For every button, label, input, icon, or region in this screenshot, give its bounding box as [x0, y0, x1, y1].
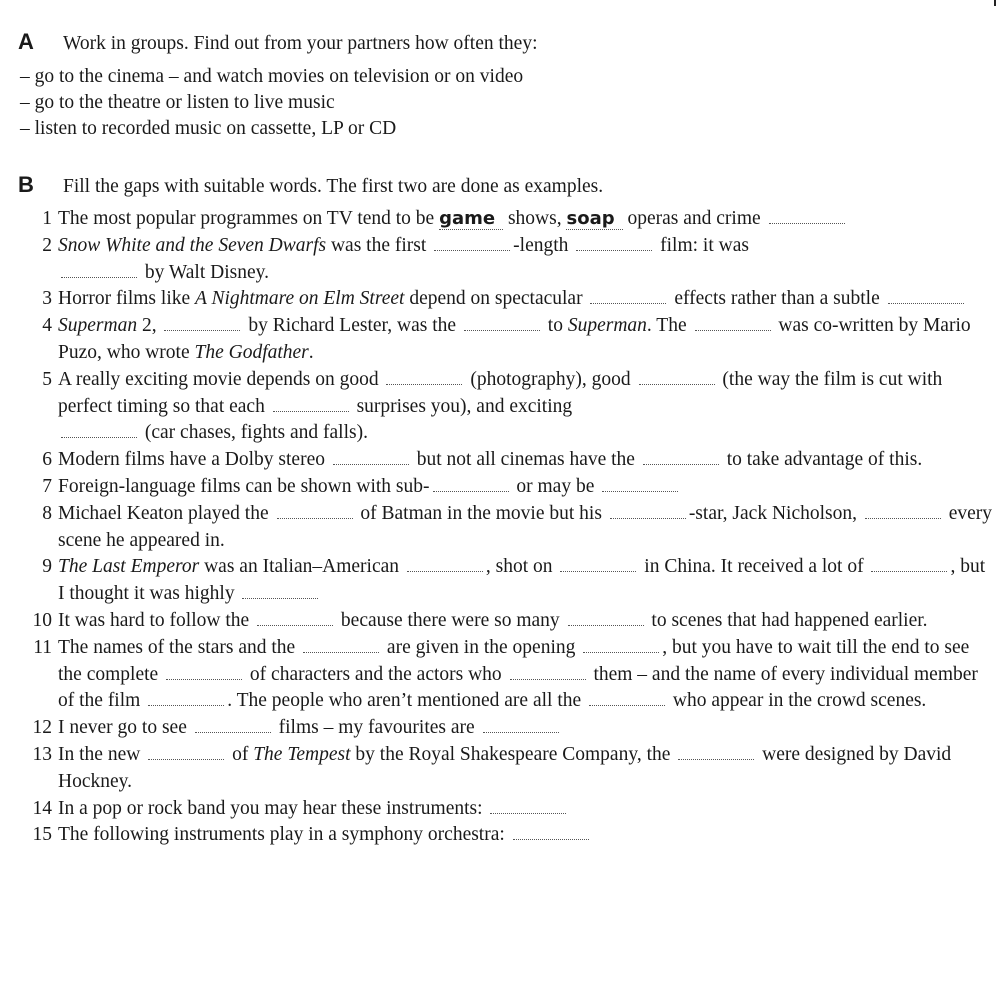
bullet-item: – go to the cinema – and watch movies on… — [18, 64, 988, 90]
item-text: to take advantage of this. — [727, 449, 922, 470]
blank-gap[interactable] — [434, 249, 510, 251]
item-text: -star, Jack Nicholson, — [689, 503, 857, 524]
blank-gap[interactable] — [610, 517, 686, 519]
item-text: effects rather than a subtle — [674, 288, 879, 309]
blank-gap[interactable] — [61, 436, 137, 438]
blank-gap[interactable] — [602, 490, 678, 492]
handwritten-answer-game: game — [439, 208, 503, 230]
item-text: It was hard to follow the — [58, 610, 249, 631]
item-number: 6 — [18, 447, 58, 474]
item-text: was the first — [331, 235, 426, 256]
worksheet-page: A Work in groups. Find out from your par… — [0, 0, 1000, 1002]
blank-gap[interactable] — [513, 838, 589, 840]
section-a-letter: A — [18, 29, 63, 55]
item-text: In a pop or rock band you may hear these… — [58, 798, 483, 819]
exercise-list: 1 The most popular programmes on TV tend… — [18, 206, 993, 849]
blank-gap[interactable] — [164, 329, 240, 331]
item-text: by Walt Disney. — [145, 262, 269, 283]
item-text: who appear in the crowd scenes. — [673, 690, 926, 711]
item-text: I never go to see — [58, 717, 187, 738]
blank-gap[interactable] — [560, 570, 636, 572]
item-text: Horror films like — [58, 288, 190, 309]
exercise-item-12: 12 I never go to see films – my favourit… — [18, 715, 993, 742]
item-text: films – my favourites are — [279, 717, 475, 738]
item-text: Michael Keaton played the — [58, 503, 269, 524]
item-text: A really exciting movie depends on good — [58, 369, 379, 390]
bullet-item: – go to the theatre or listen to live mu… — [18, 90, 988, 116]
blank-gap[interactable] — [510, 678, 586, 680]
item-text: 2, — [142, 315, 157, 336]
exercise-item-4: 4 Superman 2, by Richard Lester, was the… — [18, 313, 993, 367]
item-text: of — [232, 744, 248, 765]
item-text: , shot on — [486, 556, 553, 577]
section-a-bullets: – go to the cinema – and watch movies on… — [18, 64, 988, 142]
item-text: In the new — [58, 744, 140, 765]
blank-gap[interactable] — [148, 758, 224, 760]
item-number: 3 — [18, 286, 58, 313]
blank-gap[interactable] — [678, 758, 754, 760]
exercise-item-10: 10 It was hard to follow the because the… — [18, 608, 993, 635]
exercise-item-8: 8 Michael Keaton played the of Batman in… — [18, 501, 993, 555]
blank-gap[interactable] — [583, 651, 659, 653]
item-text: -length — [513, 235, 568, 256]
blank-gap[interactable] — [433, 490, 509, 492]
section-b-letter: B — [18, 172, 63, 198]
section-a-instruction: Work in groups. Find out from your partn… — [63, 31, 537, 57]
item-text: . The people who aren’t mentioned are al… — [227, 690, 581, 711]
blank-gap[interactable] — [277, 517, 353, 519]
item-text: The Godfather — [194, 342, 308, 363]
item-number: 1 — [18, 206, 58, 233]
item-text: depend on spectacular — [409, 288, 582, 309]
item-text: (photography), good — [470, 369, 630, 390]
blank-gap[interactable] — [242, 597, 318, 599]
section-b: B Fill the gaps with suitable words. The… — [18, 172, 993, 849]
item-number: 15 — [18, 822, 58, 849]
item-number: 12 — [18, 715, 58, 742]
item-number: 8 — [18, 501, 58, 555]
page-corner-mark — [994, 0, 996, 6]
item-text: surprises you), and exciting — [357, 396, 573, 417]
item-number: 9 — [18, 554, 58, 608]
item-text: Superman — [568, 315, 647, 336]
exercise-item-6: 6 Modern films have a Dolby stereo but n… — [18, 447, 993, 474]
item-text: (car chases, fights and falls). — [145, 422, 368, 443]
item-text: The Last Emperor — [58, 556, 199, 577]
item-text: Superman — [58, 315, 137, 336]
item-number: 5 — [18, 367, 58, 447]
blank-gap[interactable] — [589, 704, 665, 706]
item-text: to scenes that had happened earlier. — [651, 610, 927, 631]
item-text: shows, — [508, 208, 562, 229]
item-text: or may be — [516, 476, 594, 497]
blank-gap[interactable] — [483, 731, 559, 733]
item-text: The most popular programmes on TV tend t… — [58, 208, 434, 229]
item-number: 11 — [18, 635, 58, 715]
exercise-item-14: 14 In a pop or rock band you may hear th… — [18, 796, 993, 823]
item-text: The Tempest — [253, 744, 350, 765]
item-text: Foreign-language films can be shown with… — [58, 476, 430, 497]
blank-gap[interactable] — [568, 624, 644, 626]
blank-gap[interactable] — [865, 517, 941, 519]
item-number: 4 — [18, 313, 58, 367]
blank-gap[interactable] — [195, 731, 271, 733]
blank-gap[interactable] — [148, 704, 224, 706]
section-a: A Work in groups. Find out from your par… — [18, 29, 988, 142]
blank-gap[interactable] — [871, 570, 947, 572]
exercise-item-7: 7 Foreign-language films can be shown wi… — [18, 474, 993, 501]
blank-gap[interactable] — [166, 678, 242, 680]
exercise-item-11: 11 The names of the stars and the are gi… — [18, 635, 993, 715]
item-number: 10 — [18, 608, 58, 635]
item-text: The names of the stars and the — [58, 637, 295, 658]
item-number: 14 — [18, 796, 58, 823]
section-b-instruction: Fill the gaps with suitable words. The f… — [63, 174, 603, 200]
blank-gap[interactable] — [643, 463, 719, 465]
blank-gap[interactable] — [257, 624, 333, 626]
item-text: was an Italian–American — [204, 556, 399, 577]
blank-gap[interactable] — [490, 812, 566, 814]
blank-gap[interactable] — [273, 410, 349, 412]
item-text: The following instruments play in a symp… — [58, 824, 505, 845]
blank-gap[interactable] — [303, 651, 379, 653]
item-number: 13 — [18, 742, 58, 796]
blank-gap[interactable] — [769, 222, 845, 224]
item-text: by Richard Lester, was the — [248, 315, 456, 336]
item-text: of characters and the actors who — [250, 664, 502, 685]
exercise-item-1: 1 The most popular programmes on TV tend… — [18, 206, 993, 233]
item-text: operas and crime — [627, 208, 760, 229]
blank-gap[interactable] — [888, 302, 964, 304]
item-text: in China. It received a lot of — [644, 556, 863, 577]
blank-gap[interactable] — [464, 329, 540, 331]
blank-gap[interactable] — [639, 383, 715, 385]
exercise-item-9: 9 The Last Emperor was an Italian–Americ… — [18, 554, 993, 608]
blank-gap[interactable] — [576, 249, 652, 251]
exercise-item-5: 5 A really exciting movie depends on goo… — [18, 367, 993, 447]
item-text: but not all cinemas have the — [417, 449, 635, 470]
item-number: 2 — [18, 233, 58, 287]
blank-gap[interactable] — [695, 329, 771, 331]
item-text: are given in the opening — [387, 637, 575, 658]
item-text: film: it was — [660, 235, 749, 256]
blank-gap[interactable] — [333, 463, 409, 465]
item-text: A Nightmare on Elm Street — [195, 288, 404, 309]
item-text: by the Royal Shakespeare Company, the — [355, 744, 670, 765]
exercise-item-13: 13 In the new of The Tempest by the Roya… — [18, 742, 993, 796]
bullet-item: – listen to recorded music on cassette, … — [18, 116, 988, 142]
blank-gap[interactable] — [590, 302, 666, 304]
blank-gap[interactable] — [61, 276, 137, 278]
blank-gap[interactable] — [386, 383, 462, 385]
item-text: of Batman in the movie but his — [360, 503, 602, 524]
exercise-item-2: 2 Snow White and the Seven Dwarfs was th… — [18, 233, 993, 287]
item-text: Snow White and the Seven Dwarfs — [58, 235, 326, 256]
item-text: . — [309, 342, 314, 363]
item-text: . The — [647, 315, 687, 336]
exercise-item-3: 3 Horror films like A Nightmare on Elm S… — [18, 286, 993, 313]
item-text: because there were so many — [341, 610, 560, 631]
blank-gap[interactable] — [407, 570, 483, 572]
item-text: Modern films have a Dolby stereo — [58, 449, 325, 470]
item-text: to — [548, 315, 563, 336]
handwritten-answer-soap: soap — [566, 208, 622, 230]
item-number: 7 — [18, 474, 58, 501]
exercise-item-15: 15 The following instruments play in a s… — [18, 822, 993, 849]
